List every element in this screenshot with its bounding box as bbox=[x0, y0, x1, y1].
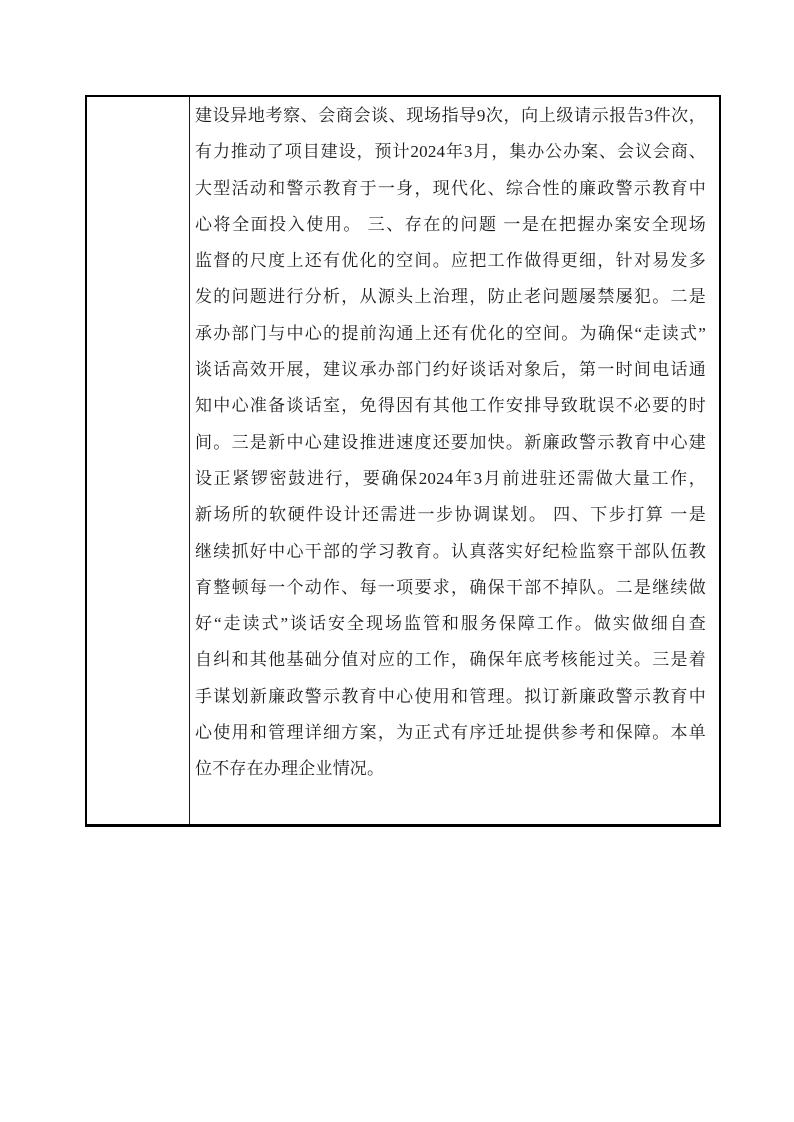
paragraph-line: 育整顿每一个动作、每一项要求，确保干部不掉队。二是继续做 bbox=[195, 570, 706, 606]
paragraph-line: 知中心准备谈话室，免得因有其他工作安排导致耽误不必要的时 bbox=[195, 388, 706, 424]
paragraph-line: 建设异地考察、会商会谈、现场指导9次，向上级请示报告3件次， bbox=[195, 98, 706, 134]
paragraph-line: 心将全面投入使用。 三、存在的问题 一是在把握办案安全现场 bbox=[195, 207, 706, 243]
paragraph-line: 有力推动了项目建设，预计2024年3月，集办公办案、会议会商、 bbox=[195, 134, 706, 170]
report-table: 建设异地考察、会商会谈、现场指导9次，向上级请示报告3件次， 有力推动了项目建设… bbox=[85, 95, 721, 827]
paragraph-line: 监督的尺度上还有优化的空间。应把工作做得更细，针对易发多 bbox=[195, 243, 706, 279]
paragraph-line: 发的问题进行分析，从源头上治理，防止老问题屡禁屡犯。二是 bbox=[195, 279, 706, 315]
paragraph-line: 继续抓好中心干部的学习教育。认真落实好纪检监察干部队伍教 bbox=[195, 534, 706, 570]
table-content-cell: 建设异地考察、会商会谈、现场指导9次，向上级请示报告3件次， 有力推动了项目建设… bbox=[190, 97, 719, 824]
paragraph-line: 谈话高效开展，建议承办部门约好谈话对象后，第一时间电话通 bbox=[195, 352, 706, 388]
paragraph-line: 手谋划新廉政警示教育中心使用和管理。拟订新廉政警示教育中 bbox=[195, 679, 706, 715]
document-page: 建设异地考察、会商会谈、现场指导9次，向上级请示报告3件次， 有力推动了项目建设… bbox=[0, 0, 794, 1122]
paragraph-line: 间。三是新中心建设推进速度还要加快。新廉政警示教育中心建 bbox=[195, 425, 706, 461]
paragraph-line: 好“走读式”谈话安全现场监管和服务保障工作。做实做细自查 bbox=[195, 606, 706, 642]
paragraph-line: 设正紧锣密鼓进行，要确保2024年3月前进驻还需做大量工作， bbox=[195, 461, 706, 497]
paragraph-line: 大型活动和警示教育于一身，现代化、综合性的廉政警示教育中 bbox=[195, 171, 706, 207]
paragraph-line: 承办部门与中心的提前沟通上还有优化的空间。为确保“走读式” bbox=[195, 316, 706, 352]
paragraph-line: 新场所的软硬件设计还需进一步协调谋划。 四、下步打算 一是 bbox=[195, 497, 706, 533]
paragraph-line: 自纠和其他基础分值对应的工作，确保年底考核能过关。三是着 bbox=[195, 642, 706, 678]
table-label-cell bbox=[87, 97, 190, 824]
paragraph-line: 心使用和管理详细方案，为正式有序迁址提供参考和保障。本单 bbox=[195, 715, 706, 751]
paragraph-line: 位不存在办理企业情况。 bbox=[195, 751, 706, 787]
